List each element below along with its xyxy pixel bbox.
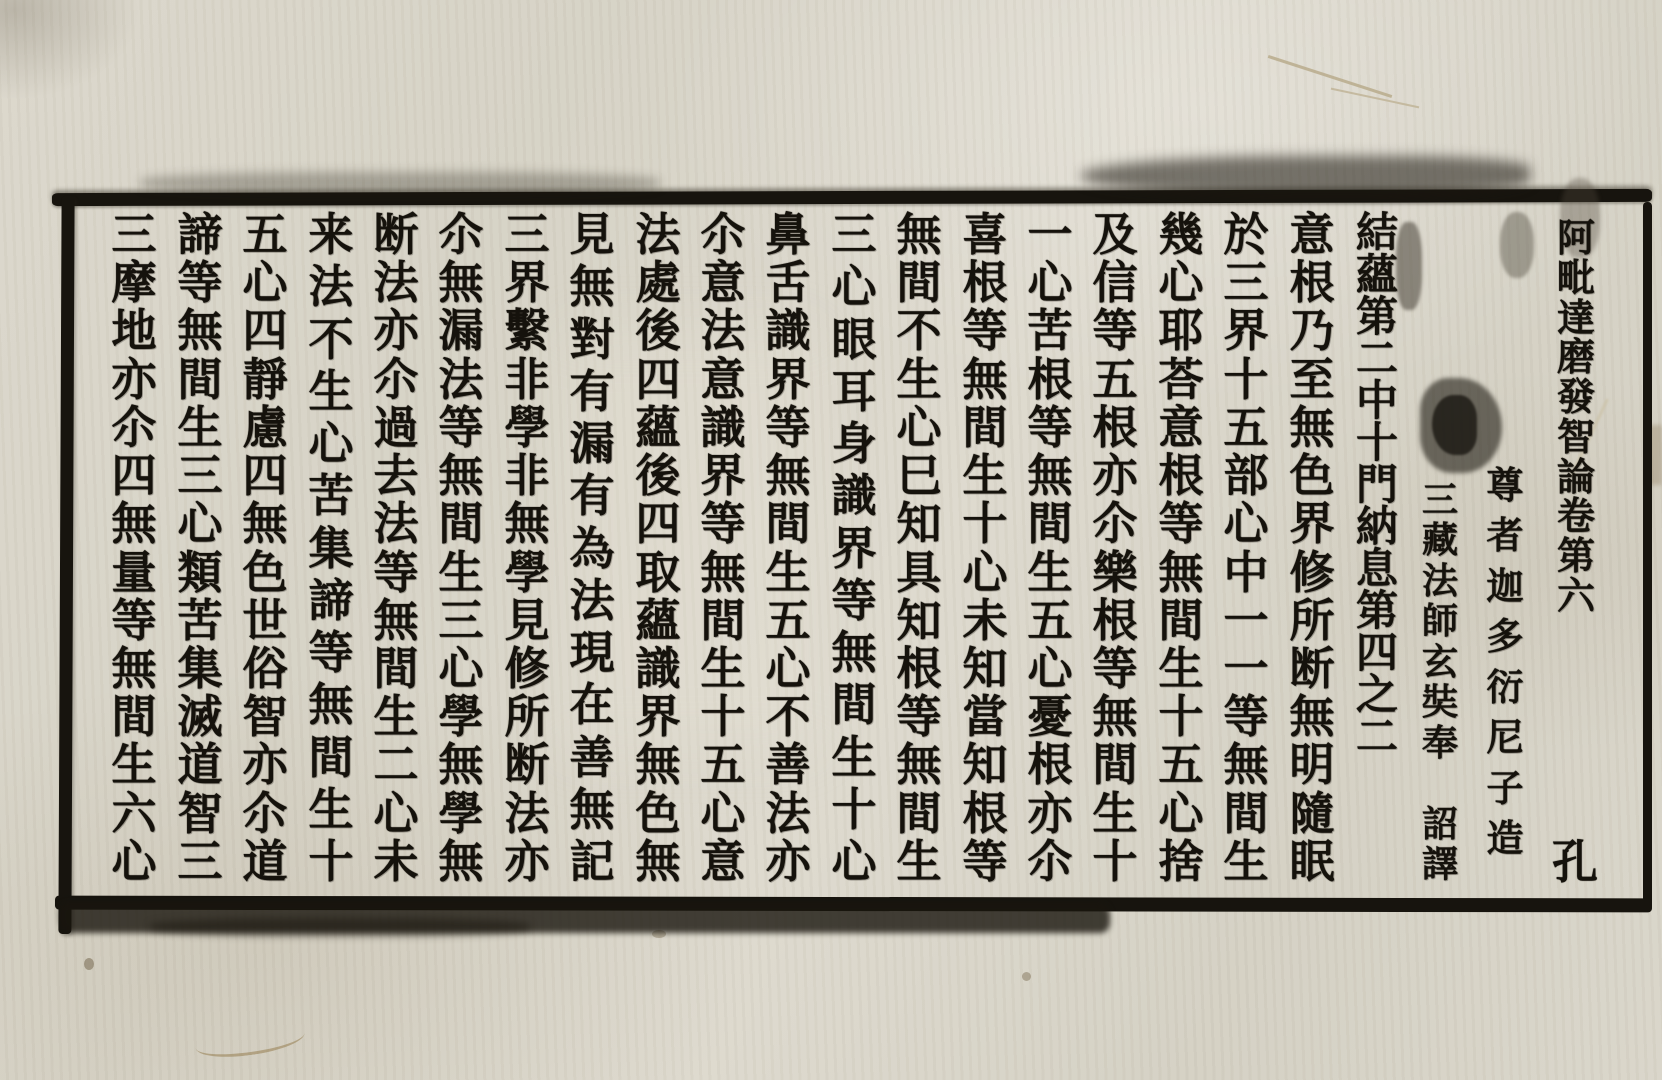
frame-top-smear bbox=[140, 172, 660, 194]
author-column: 尊者迦多衍尼子造 bbox=[1480, 468, 1530, 858]
body-column-9: 三心眼耳身識界等無間生十心 bbox=[824, 213, 884, 885]
body-column-3: 於三界十五部心中一一等無間生 bbox=[1216, 213, 1276, 885]
body-column-16: 断法亦尒過去法等無間生二心未 bbox=[366, 213, 426, 885]
frame-right-border bbox=[1643, 202, 1652, 908]
body-column-11: 尒意法意識界等無間生十五心意 bbox=[693, 213, 753, 885]
scanned-page: { "document": { "title": "阿毗達磨發智論卷第六", "… bbox=[0, 0, 1662, 1080]
body-column-20: 三摩地亦尒四無量等無間生六心 bbox=[104, 213, 164, 885]
body-column-5: 及信等五根亦尒樂根等無間生十 bbox=[1085, 213, 1145, 885]
body-column-18: 五心四靜慮四無色世俗智亦尒道 bbox=[235, 213, 295, 885]
ink-smudge bbox=[1432, 395, 1477, 455]
body-column-14: 三界繫非學非無學見修所断法亦 bbox=[497, 213, 557, 885]
frame-bottom-border bbox=[55, 896, 1652, 913]
body-column-6: 一心苦根等無間生五心憂根亦尒 bbox=[1020, 213, 1080, 885]
frame-left-border bbox=[58, 196, 74, 934]
body-column-17: 来法不生心苦集諦等無間生十 bbox=[301, 213, 361, 885]
body-column-13: 見無對有漏有為法現在善無記 bbox=[562, 213, 622, 885]
ink-smudge bbox=[1500, 212, 1534, 278]
paper-stain bbox=[1331, 88, 1419, 109]
body-column-8: 無間不生心巳知具知根等無間生 bbox=[889, 213, 949, 885]
paper-stain bbox=[84, 958, 94, 970]
frame-top-border bbox=[52, 189, 1652, 206]
paper-stain bbox=[652, 930, 666, 938]
translator-column: 三藏法師玄奘奉 詔譯 bbox=[1416, 482, 1464, 882]
paper-stain bbox=[0, 0, 140, 100]
ink-smudge bbox=[1420, 378, 1502, 473]
body-column-12: 法處後四蘊後四取蘊識界無色無 bbox=[628, 213, 688, 885]
body-column-7: 喜根等無間生十心未知當知根等 bbox=[955, 213, 1015, 885]
title-column: 阿毗達磨發智論卷第六 bbox=[1549, 220, 1603, 616]
body-column-4: 幾心耶荅意根等無間生十五心捨 bbox=[1151, 213, 1211, 885]
body-column-2: 意根乃至無色界修所断無明隨眠 bbox=[1282, 213, 1342, 885]
frame-bottom-smear bbox=[150, 918, 530, 936]
paper-stain bbox=[194, 1018, 307, 1062]
body-column-19: 諦等無間生三心類苦集滅道智三 bbox=[170, 213, 230, 885]
collation-mark: 孔 bbox=[1552, 840, 1598, 886]
body-column-15: 尒無漏法等無間生三心學無學無 bbox=[431, 213, 491, 885]
paper-stain bbox=[1022, 972, 1031, 981]
paper-stain bbox=[1268, 55, 1393, 98]
body-column-10: 鼻舌識界等無間生五心不善法亦 bbox=[758, 213, 818, 885]
body-column-1: 結蘊第二中十門納息第四之二 bbox=[1347, 213, 1407, 747]
